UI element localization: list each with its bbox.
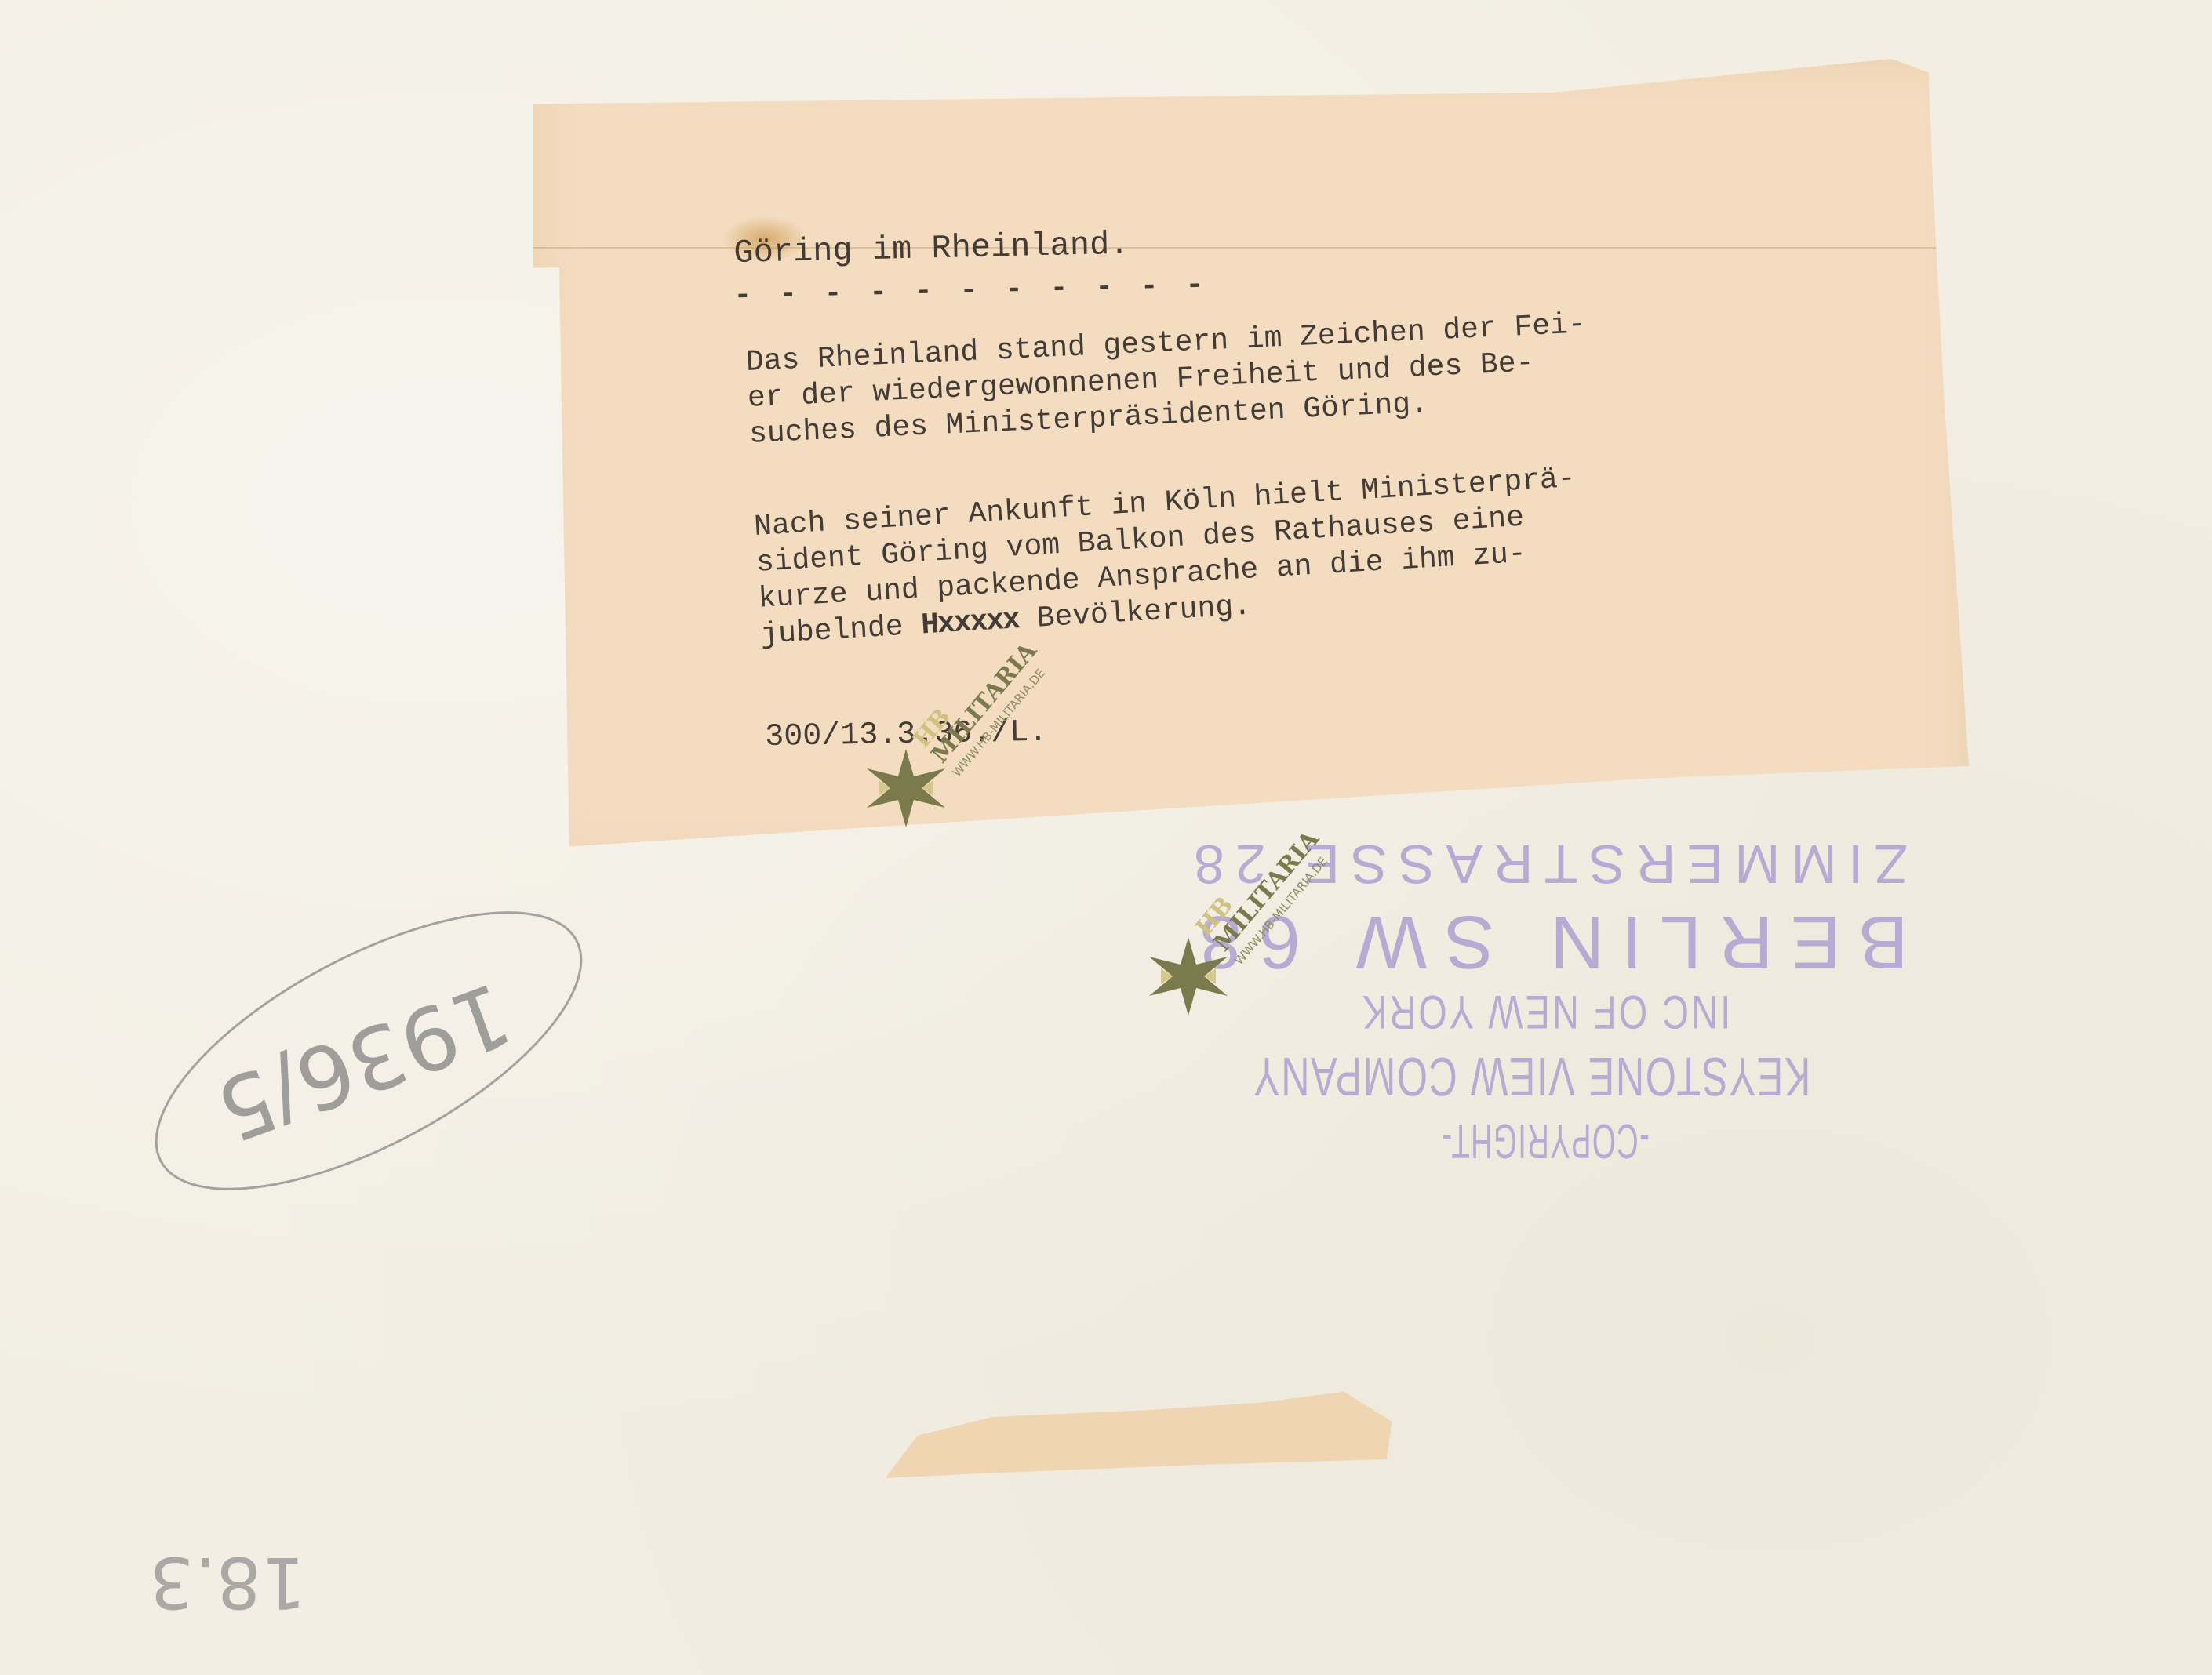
stamp-line-company: KEYSTONE VIEW COMPANY <box>1280 1045 1811 1108</box>
watermark-logo: HBMILITARIAWWW.HB-MILITARIA.DE <box>1145 894 1318 1019</box>
pencil-bottom-note: 18.3 <box>149 1541 306 1623</box>
stamp-line-inc: INC OF NEW YORK <box>1257 985 1832 1039</box>
caption-slip <box>533 59 1969 863</box>
watermark-logo: HBMILITARIAWWW.HB-MILITARIA.DE <box>863 706 1035 831</box>
stamp-line-copyright: -COPYRIGHT- <box>1317 1113 1774 1168</box>
